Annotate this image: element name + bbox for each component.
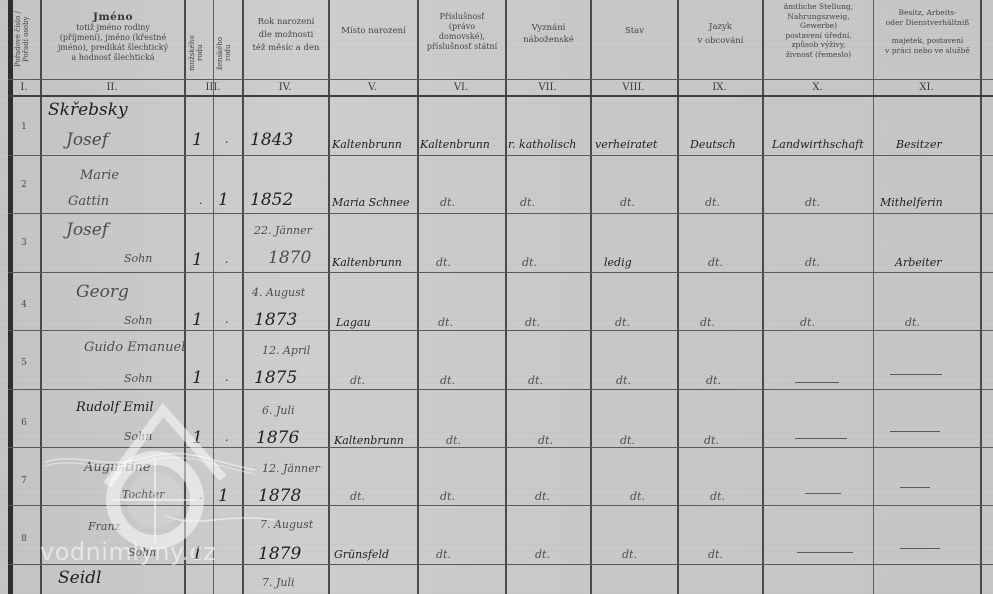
domicile: dt. [440,490,455,503]
surname: Guido Emanuel [84,340,185,355]
surname: Augustine [84,460,151,475]
language: dt. [700,316,715,329]
given-name: Sohn [124,252,152,265]
birth-date: 12. April [262,344,310,357]
numeral-VIII: VIII. [590,82,677,96]
marital-status: dt. [615,316,630,329]
position: Mithelferin [880,196,943,209]
given-name: Tochter [122,488,165,501]
marital-status: verheiratet [595,138,657,151]
female-count: · [225,434,229,447]
row-rule [8,505,993,506]
header-rule [8,79,993,80]
birth-date: 7. August [260,518,313,531]
domicile: dt. [440,196,455,209]
birth-date: 6. Juli [262,404,295,417]
birth-year: 1870 [268,248,311,268]
header-col4: Rok narození dle možnosti též měsíc a de… [244,16,328,55]
religion: dt. [520,196,535,209]
header-col2-title: Jméno [93,11,133,23]
surname: Josef [66,220,108,240]
header-col5: Místo narození [330,26,417,36]
female-count: · [225,316,229,329]
numeral-V: V. [328,82,417,96]
birthplace: Maria Schnee [332,196,410,209]
given-name: Josef [66,130,108,150]
language: dt. [705,196,720,209]
header-col3-female: ženského rodu [216,30,238,76]
marital-status: dt. [622,548,637,561]
religion: r. katholisch [508,138,576,151]
female-count: 1 [218,190,229,210]
given-name: Sohn [124,430,152,443]
occupation-dash [795,382,839,383]
birthplace: Kaltenbrunn [332,138,402,151]
birth-year: 1876 [256,428,299,448]
marital-status: dt. [616,374,631,387]
header-col6: Příslušnosť (právo domovské), příslušnos… [419,12,505,52]
birthplace: dt. [350,374,365,387]
position-dash [900,548,940,549]
birth-year: 1879 [258,544,301,564]
domicile: dt. [438,316,453,329]
numeral-IV: IV. [242,82,328,96]
numeral-X: X. [762,82,873,96]
male-count: 1 [192,310,203,330]
birth-year: 1875 [254,368,297,388]
position-dash [890,374,942,375]
row-rule [8,389,993,390]
birthplace: Kaltenbrunn [332,256,402,269]
occupation: dt. [805,196,820,209]
given-name: Sohn [124,314,152,327]
male-count: · [199,197,203,210]
position: Besitzer [896,138,942,151]
male-count: 1 [192,368,203,388]
numeral-I: I. [8,82,40,96]
position-dash [890,431,940,432]
surname: Franz [88,520,120,533]
domicile: dt. [436,256,451,269]
occupation-dash [797,552,853,553]
occupation: Landwirthschaft [772,138,864,151]
position: Arbeiter [895,256,941,269]
birthplace: Kaltenbrunn [334,434,404,447]
religion: dt. [535,490,550,503]
header-col7: Vyznání náboženské [507,22,590,46]
male-count: 1 [192,130,203,150]
female-count: · [225,256,229,269]
birth-year: 1843 [250,130,293,150]
domicile: dt. [436,548,451,561]
female-count: 1 [218,486,229,506]
occupation-dash [795,438,847,439]
occupation: dt. [800,316,815,329]
male-count: · [199,492,203,505]
row-rule [8,272,993,273]
marital-status: dt. [620,434,635,447]
language: Deutsch [690,138,736,151]
language: dt. [710,490,725,503]
birth-year: 1878 [258,486,301,506]
birth-year: 1852 [250,190,293,210]
given-name: Gattin [68,194,109,209]
birth-year: 1873 [254,310,297,330]
numeral-III: III. [184,82,242,96]
birth-date: 22. Jänner [254,224,312,237]
language: dt. [708,256,723,269]
religion: dt. [525,316,540,329]
religion: dt. [528,374,543,387]
surname: Georg [76,282,129,302]
given-name: Sohn [124,372,152,385]
row-rule [8,330,993,331]
watermark-text: vodnimlyny.cz [40,538,216,566]
surname: Marie [80,168,119,183]
numeral-VI: VI. [417,82,505,96]
language: dt. [708,548,723,561]
occupation: dt. [805,256,820,269]
occupation-dash [805,493,841,494]
row-rule [8,447,993,448]
birth-date: 4. August [252,286,305,299]
birthplace: Grünsfeld [334,548,389,561]
religion: dt. [538,434,553,447]
surname: Rudolf Emil [76,400,154,415]
header-col8: Stav [592,26,677,36]
header-col3-male: mužského rodu [188,30,210,76]
birthplace: Lagau [336,316,371,329]
marital-status: dt. [630,490,645,503]
numeral-XI: XI. [873,82,980,96]
language: dt. [704,434,719,447]
female-count: · [225,136,229,149]
birthplace: dt. [350,490,365,503]
header-col9: Jazyk v obcování [679,20,762,48]
religion: dt. [522,256,537,269]
religion: dt. [535,548,550,561]
position: dt. [905,316,920,329]
surname: Seidl [58,568,101,588]
marital-status: dt. [620,196,635,209]
birth-date: 12. Jänner [262,462,320,475]
female-count: · [225,374,229,387]
header-col11: Besitz, Arbeits- oder Dienstverhältniß m… [875,8,980,56]
census-sheet: Pořadové číslo / Pořadí osoby Jméno toti… [0,0,993,594]
domicile: dt. [440,374,455,387]
numeral-II: II. [40,82,184,96]
surname: Skřebsky [48,100,128,120]
row-rule [8,213,993,214]
domicile: dt. [446,434,461,447]
male-count: 1 [192,428,203,448]
numeral-VII: VII. [505,82,590,96]
header-col1: Pořadové číslo / Pořadí osoby [14,2,38,76]
header-col2: Jméno totiž jméno rodiny (příjmení), jmé… [42,12,184,63]
birth-date: 7. Juli [262,576,295,589]
numeral-IX: IX. [677,82,762,96]
position-dash [900,487,930,488]
header-col10: ämtliche Stellung, Nahrungszweig, Gewerb… [764,2,873,59]
language: dt. [706,374,721,387]
domicile: Kaltenbrunn [420,138,490,151]
male-count: 1 [192,250,203,270]
row-rule [8,155,993,156]
marital-status: ledig [604,256,632,269]
